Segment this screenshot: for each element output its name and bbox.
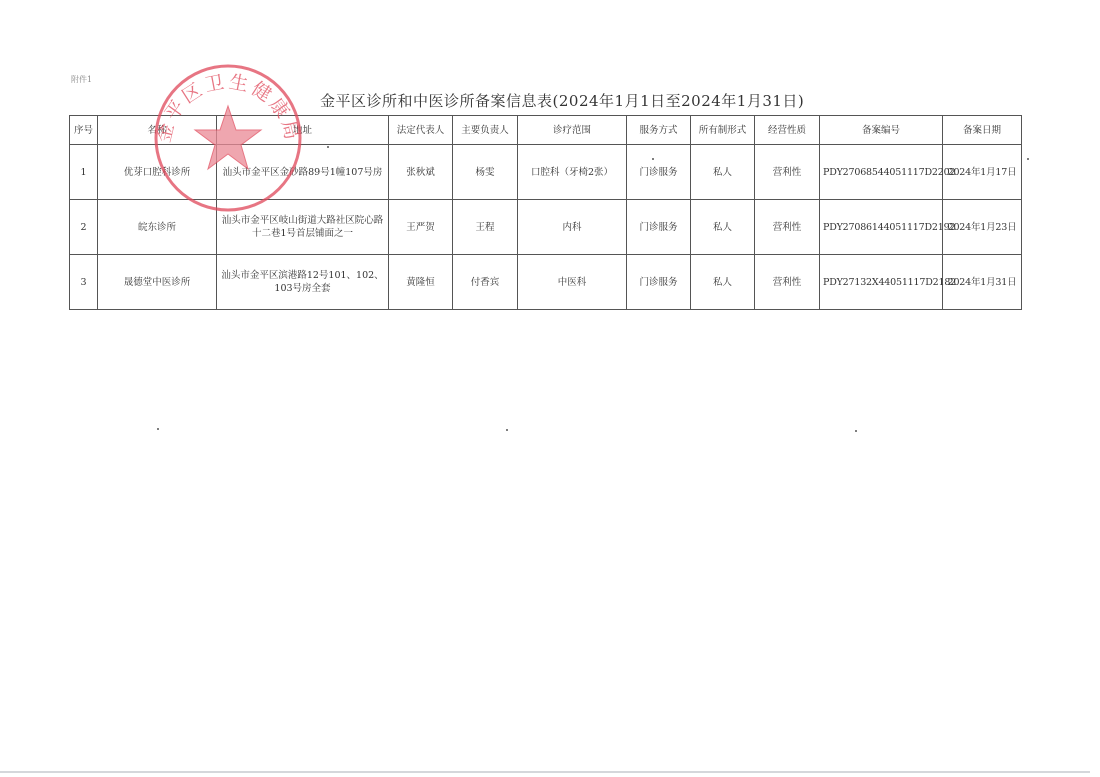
header-nature: 经营性质 (755, 116, 820, 145)
cell-principal: 付香宾 (453, 255, 518, 310)
header-address: 地址 (217, 116, 389, 145)
cell-address: 汕头市金平区岐山街道大路社区院心路十二巷1号首层铺面之一 (217, 200, 389, 255)
table-row: 2 皖东诊所 汕头市金平区岐山街道大路社区院心路十二巷1号首层铺面之一 王严贺 … (70, 200, 1022, 255)
cell-scope: 中医科 (518, 255, 627, 310)
scan-speck (157, 428, 159, 430)
header-principal: 主要负责人 (453, 116, 518, 145)
scan-speck (855, 430, 857, 432)
cell-service: 门诊服务 (627, 145, 691, 200)
header-legal-rep: 法定代表人 (389, 116, 453, 145)
cell-name: 晟德堂中医诊所 (98, 255, 217, 310)
table-row: 1 优芽口腔科诊所 汕头市金平区金砂路89号1幢107号房 张秋斌 杨雯 口腔科… (70, 145, 1022, 200)
cell-name: 皖东诊所 (98, 200, 217, 255)
header-scope: 诊疗范围 (518, 116, 627, 145)
cell-nature: 营利性 (755, 145, 820, 200)
header-index: 序号 (70, 116, 98, 145)
attachment-label: 附件1 (71, 74, 92, 85)
cell-legal-rep: 张秋斌 (389, 145, 453, 200)
scan-speck (327, 146, 329, 148)
cell-record-date: 2024年1月31日 (943, 255, 1022, 310)
scan-speck (652, 158, 654, 160)
document-title: 金平区诊所和中医诊所备案信息表(2024年1月1日至2024年1月31日) (320, 90, 804, 111)
cell-scope: 口腔科（牙椅2张） (518, 145, 627, 200)
cell-scope: 内科 (518, 200, 627, 255)
cell-legal-rep: 黄隆恒 (389, 255, 453, 310)
cell-address: 汕头市金平区金砂路89号1幢107号房 (217, 145, 389, 200)
table-row: 3 晟德堂中医诊所 汕头市金平区滨港路12号101、102、103号房全套 黄隆… (70, 255, 1022, 310)
cell-service: 门诊服务 (627, 200, 691, 255)
cell-principal: 王程 (453, 200, 518, 255)
cell-record-no: PDY27086144051117D2192 (820, 200, 943, 255)
cell-address: 汕头市金平区滨港路12号101、102、103号房全套 (217, 255, 389, 310)
cell-record-date: 2024年1月23日 (943, 200, 1022, 255)
header-record-date: 备案日期 (943, 116, 1022, 145)
header-name: 名称 (98, 116, 217, 145)
cell-principal: 杨雯 (453, 145, 518, 200)
clinic-record-table: 序号 名称 地址 法定代表人 主要负责人 诊疗范围 服务方式 所有制形式 经营性… (69, 115, 1022, 310)
scan-bottom-edge (0, 771, 1090, 773)
cell-name: 优芽口腔科诊所 (98, 145, 217, 200)
header-service: 服务方式 (627, 116, 691, 145)
cell-index: 3 (70, 255, 98, 310)
header-ownership: 所有制形式 (691, 116, 755, 145)
cell-nature: 营利性 (755, 255, 820, 310)
scan-speck (506, 429, 508, 431)
cell-legal-rep: 王严贺 (389, 200, 453, 255)
cell-nature: 营利性 (755, 200, 820, 255)
cell-record-date: 2024年1月17日 (943, 145, 1022, 200)
cell-index: 2 (70, 200, 98, 255)
cell-record-no: PDY27132X44051117D2182 (820, 255, 943, 310)
cell-index: 1 (70, 145, 98, 200)
scan-speck (1027, 158, 1029, 160)
cell-ownership: 私人 (691, 200, 755, 255)
cell-service: 门诊服务 (627, 255, 691, 310)
header-record-no: 备案编号 (820, 116, 943, 145)
cell-ownership: 私人 (691, 255, 755, 310)
table-header-row: 序号 名称 地址 法定代表人 主要负责人 诊疗范围 服务方式 所有制形式 经营性… (70, 116, 1022, 145)
cell-ownership: 私人 (691, 145, 755, 200)
cell-record-no: PDY27068544051117D2202 (820, 145, 943, 200)
